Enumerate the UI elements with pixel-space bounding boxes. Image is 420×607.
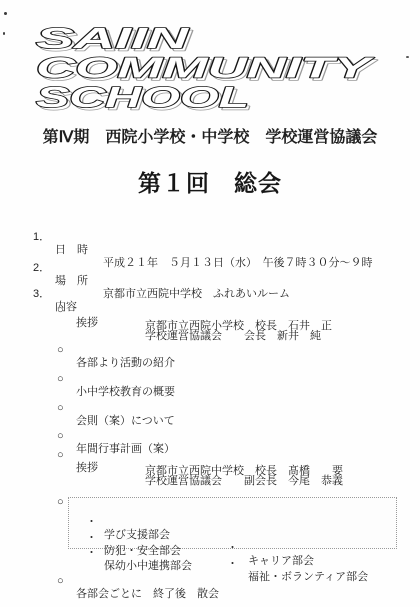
agenda-label: 各部会ごとに 終了後 散会: [76, 588, 219, 601]
meeting-title: 第１回 総会: [0, 165, 420, 198]
agenda-closing: ○ 各部会ごとに 終了後 散会: [0, 562, 420, 576]
scan-speck: [3, 32, 5, 35]
agenda-education-overview: ○ 小中学校教育の概要: [0, 360, 420, 374]
item-contents: 3． 内容: [0, 275, 420, 289]
greeting-2-principal: 京都市立西院中学校 校長 髙橋 要: [145, 465, 343, 478]
document-page: SAIIN COMMUNITY SCHOOL SAIIN COMMUNITY S…: [0, 0, 420, 607]
dot-bullet-icon: ・: [86, 547, 97, 560]
circle-bullet-icon: ○: [57, 344, 64, 357]
agenda-greeting-1: ○ 挨拶 学校運営協議会 会長 新井 純: [0, 291, 420, 305]
item-datetime: 1． 日 時 平成２１年 ５月１３日（水） 午後７時３０分～９時: [0, 218, 420, 232]
committee-row: ・ 防犯・安全部会 ・ 福祉・ボランティア部会: [69, 519, 396, 534]
agenda-greeting-2-line2: 京都市立西院中学校 校長 髙橋 要: [0, 452, 420, 466]
agenda-greeting-1-line2: 京都市立西院小学校 校長 石井 正: [0, 307, 420, 321]
agenda-annual-plan: ○ 年間行事計画（案）: [0, 417, 420, 431]
logo-line-2: COMMUNITY: [36, 53, 375, 85]
committee-row: ・ 学び支援部会 ・ キャリア部会: [69, 503, 396, 518]
agenda-subcommittees: ○ 各企画推進部会 （進行…中学校教職員）: [0, 483, 420, 497]
logo-line-1: SAIIN: [36, 23, 190, 55]
circle-bullet-icon: ○: [57, 402, 64, 415]
agenda-activities: ○ 各部より活動の紹介: [0, 331, 420, 345]
scan-speck: [4, 12, 7, 15]
meeting-subtitle: 第Ⅳ期 西院小学校・中学校 学校運営協議会: [0, 124, 420, 147]
circle-bullet-icon: ○: [57, 373, 64, 386]
committee-row: ・ 保幼小中連携部会: [69, 534, 396, 549]
committee-box: ・ 学び支援部会 ・ キャリア部会 ・ 防犯・安全部会 ・ 福祉・ボランティア部…: [68, 497, 397, 549]
school-logo: SAIIN COMMUNITY SCHOOL SAIIN COMMUNITY S…: [33, 17, 385, 115]
agenda-greeting-2: ○ 挨拶 学校運営協議会 副会長 今尾 恭義: [0, 436, 420, 450]
item-number: 2．: [33, 262, 50, 275]
logo-line-3: SCHOOL: [36, 82, 249, 114]
item-number: 1．: [33, 231, 50, 244]
item-place: 2． 場 所 京都市立西院中学校 ふれあいルーム: [0, 249, 420, 263]
scan-speck: [406, 56, 409, 58]
circle-bullet-icon: ○: [57, 496, 64, 509]
agenda-rules-draft: ○ 会則（案）について: [0, 389, 420, 403]
circle-bullet-icon: ○: [57, 575, 64, 588]
